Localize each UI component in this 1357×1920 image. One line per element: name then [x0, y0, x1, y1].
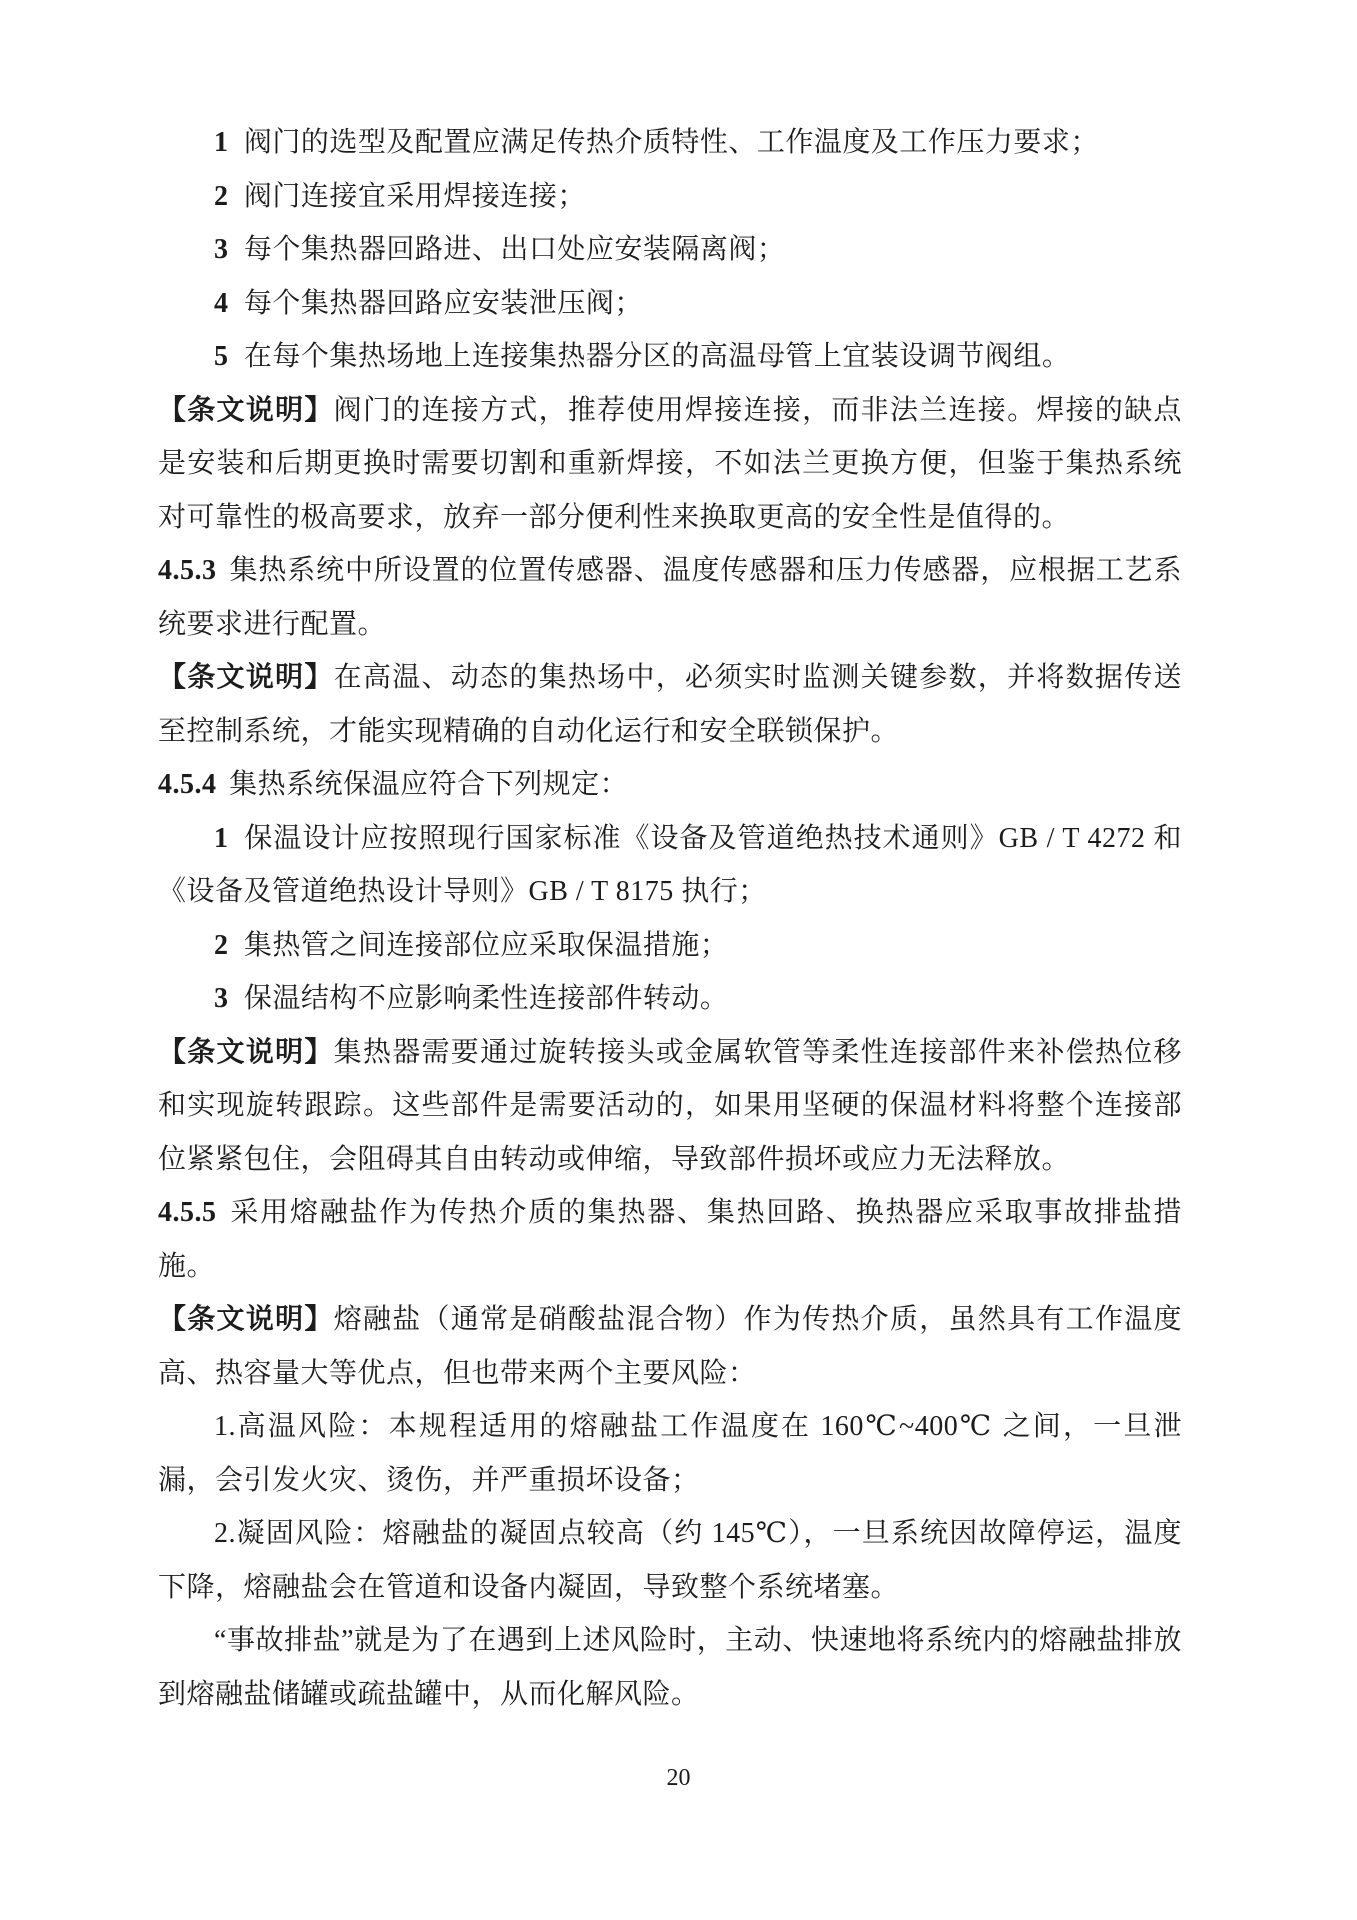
clause-heading: 4.5.3集热系统中所设置的位置传感器、温度传感器和压力传感器，应根据工艺系统要…	[158, 544, 1182, 651]
commentary-label: 【条文说明】	[158, 395, 334, 426]
commentary-label: 【条文说明】	[158, 1037, 334, 1068]
item-number: 2	[214, 181, 229, 212]
item-text: 阀门的选型及配置应满足传热介质特性、工作温度及工作压力要求；	[244, 127, 1099, 158]
commentary-label: 【条文说明】	[158, 662, 334, 693]
clause-text: 集热系统中所设置的位置传感器、温度传感器和压力传感器，应根据工艺系统要求进行配置…	[158, 555, 1182, 640]
risk-text: 1.高温风险：本规程适用的熔融盐工作温度在 160℃~400℃ 之间，一旦泄漏，…	[158, 1411, 1182, 1496]
risk-paragraph: 2.凝固风险：熔融盐的凝固点较高（约 145℃），一旦系统因故障停运，温度下降，…	[158, 1507, 1182, 1614]
item-number: 3	[214, 234, 229, 265]
summary-paragraph: “事故排盐”就是为了在遇到上述风险时，主动、快速地将系统内的熔融盐排放到熔融盐储…	[158, 1614, 1182, 1721]
item-number: 3	[214, 983, 229, 1014]
clause-heading: 4.5.4集热系统保温应符合下列规定：	[158, 758, 1182, 812]
item-text: 每个集热器回路进、出口处应安装隔离阀；	[244, 234, 786, 265]
clause-heading: 4.5.5采用熔融盐作为传热介质的集热器、集热回路、换热器应采取事故排盐措施。	[158, 1186, 1182, 1293]
commentary-paragraph: 【条文说明】在高温、动态的集热场中，必须实时监测关键参数，并将数据传送至控制系统…	[158, 651, 1182, 758]
clause-number: 4.5.4	[158, 769, 217, 800]
risk-text: 2.凝固风险：熔融盐的凝固点较高（约 145℃），一旦系统因故障停运，温度下降，…	[158, 1518, 1182, 1603]
commentary-paragraph: 【条文说明】熔融盐（通常是硝酸盐混合物）作为传热介质，虽然具有工作温度高、热容量…	[158, 1293, 1182, 1400]
item-text: 保温结构不应影响柔性连接部件转动。	[244, 983, 729, 1014]
clause-sub-item: 2阀门连接宜采用焊接连接；	[158, 170, 1182, 224]
clause-sub-item: 2集热管之间连接部位应采取保温措施；	[158, 919, 1182, 973]
clause-sub-item: 3保温结构不应影响柔性连接部件转动。	[158, 972, 1182, 1026]
item-number: 2	[214, 930, 229, 961]
item-text: 在每个集热场地上连接集热器分区的高温母管上宜装设调节阀组。	[244, 341, 1071, 372]
clause-text: 采用熔融盐作为传热介质的集热器、集热回路、换热器应采取事故排盐措施。	[158, 1197, 1182, 1282]
item-text: 保温设计应按照现行国家标准《设备及管道绝热技术通则》GB / T 4272 和《…	[158, 823, 1182, 908]
clause-sub-item: 4每个集热器回路应安装泄压阀；	[158, 277, 1182, 331]
clause-text: 集热系统保温应符合下列规定：	[229, 769, 628, 800]
item-number: 1	[214, 127, 229, 158]
clause-sub-item: 3每个集热器回路进、出口处应安装隔离阀；	[158, 223, 1182, 277]
item-text: 集热管之间连接部位应采取保温措施；	[244, 930, 729, 961]
clause-sub-item: 5在每个集热场地上连接集热器分区的高温母管上宜装设调节阀组。	[158, 330, 1182, 384]
page-footer: 20	[0, 1765, 1357, 1792]
item-text: 每个集热器回路应安装泄压阀；	[244, 288, 643, 319]
document-page: 1阀门的选型及配置应满足传热介质特性、工作温度及工作压力要求； 2阀门连接宜采用…	[0, 0, 1357, 1920]
summary-text: “事故排盐”就是为了在遇到上述风险时，主动、快速地将系统内的熔融盐排放到熔融盐储…	[158, 1625, 1182, 1710]
item-number: 1	[214, 823, 229, 854]
commentary-paragraph: 【条文说明】集热器需要通过旋转接头或金属软管等柔性连接部件来补偿热位移和实现旋转…	[158, 1026, 1182, 1187]
clause-number: 4.5.3	[158, 555, 217, 586]
clause-sub-item: 1保温设计应按照现行国家标准《设备及管道绝热技术通则》GB / T 4272 和…	[158, 812, 1182, 919]
commentary-paragraph: 【条文说明】阀门的连接方式，推荐使用焊接连接，而非法兰连接。焊接的缺点是安装和后…	[158, 384, 1182, 545]
clause-number: 4.5.5	[158, 1197, 217, 1228]
document-body: 1阀门的选型及配置应满足传热介质特性、工作温度及工作压力要求； 2阀门连接宜采用…	[158, 116, 1182, 1721]
item-number: 4	[214, 288, 229, 319]
page-number: 20	[667, 1765, 691, 1791]
item-text: 阀门连接宜采用焊接连接；	[244, 181, 586, 212]
clause-sub-item: 1阀门的选型及配置应满足传热介质特性、工作温度及工作压力要求；	[158, 116, 1182, 170]
commentary-label: 【条文说明】	[158, 1304, 334, 1335]
risk-paragraph: 1.高温风险：本规程适用的熔融盐工作温度在 160℃~400℃ 之间，一旦泄漏，…	[158, 1400, 1182, 1507]
item-number: 5	[214, 341, 229, 372]
